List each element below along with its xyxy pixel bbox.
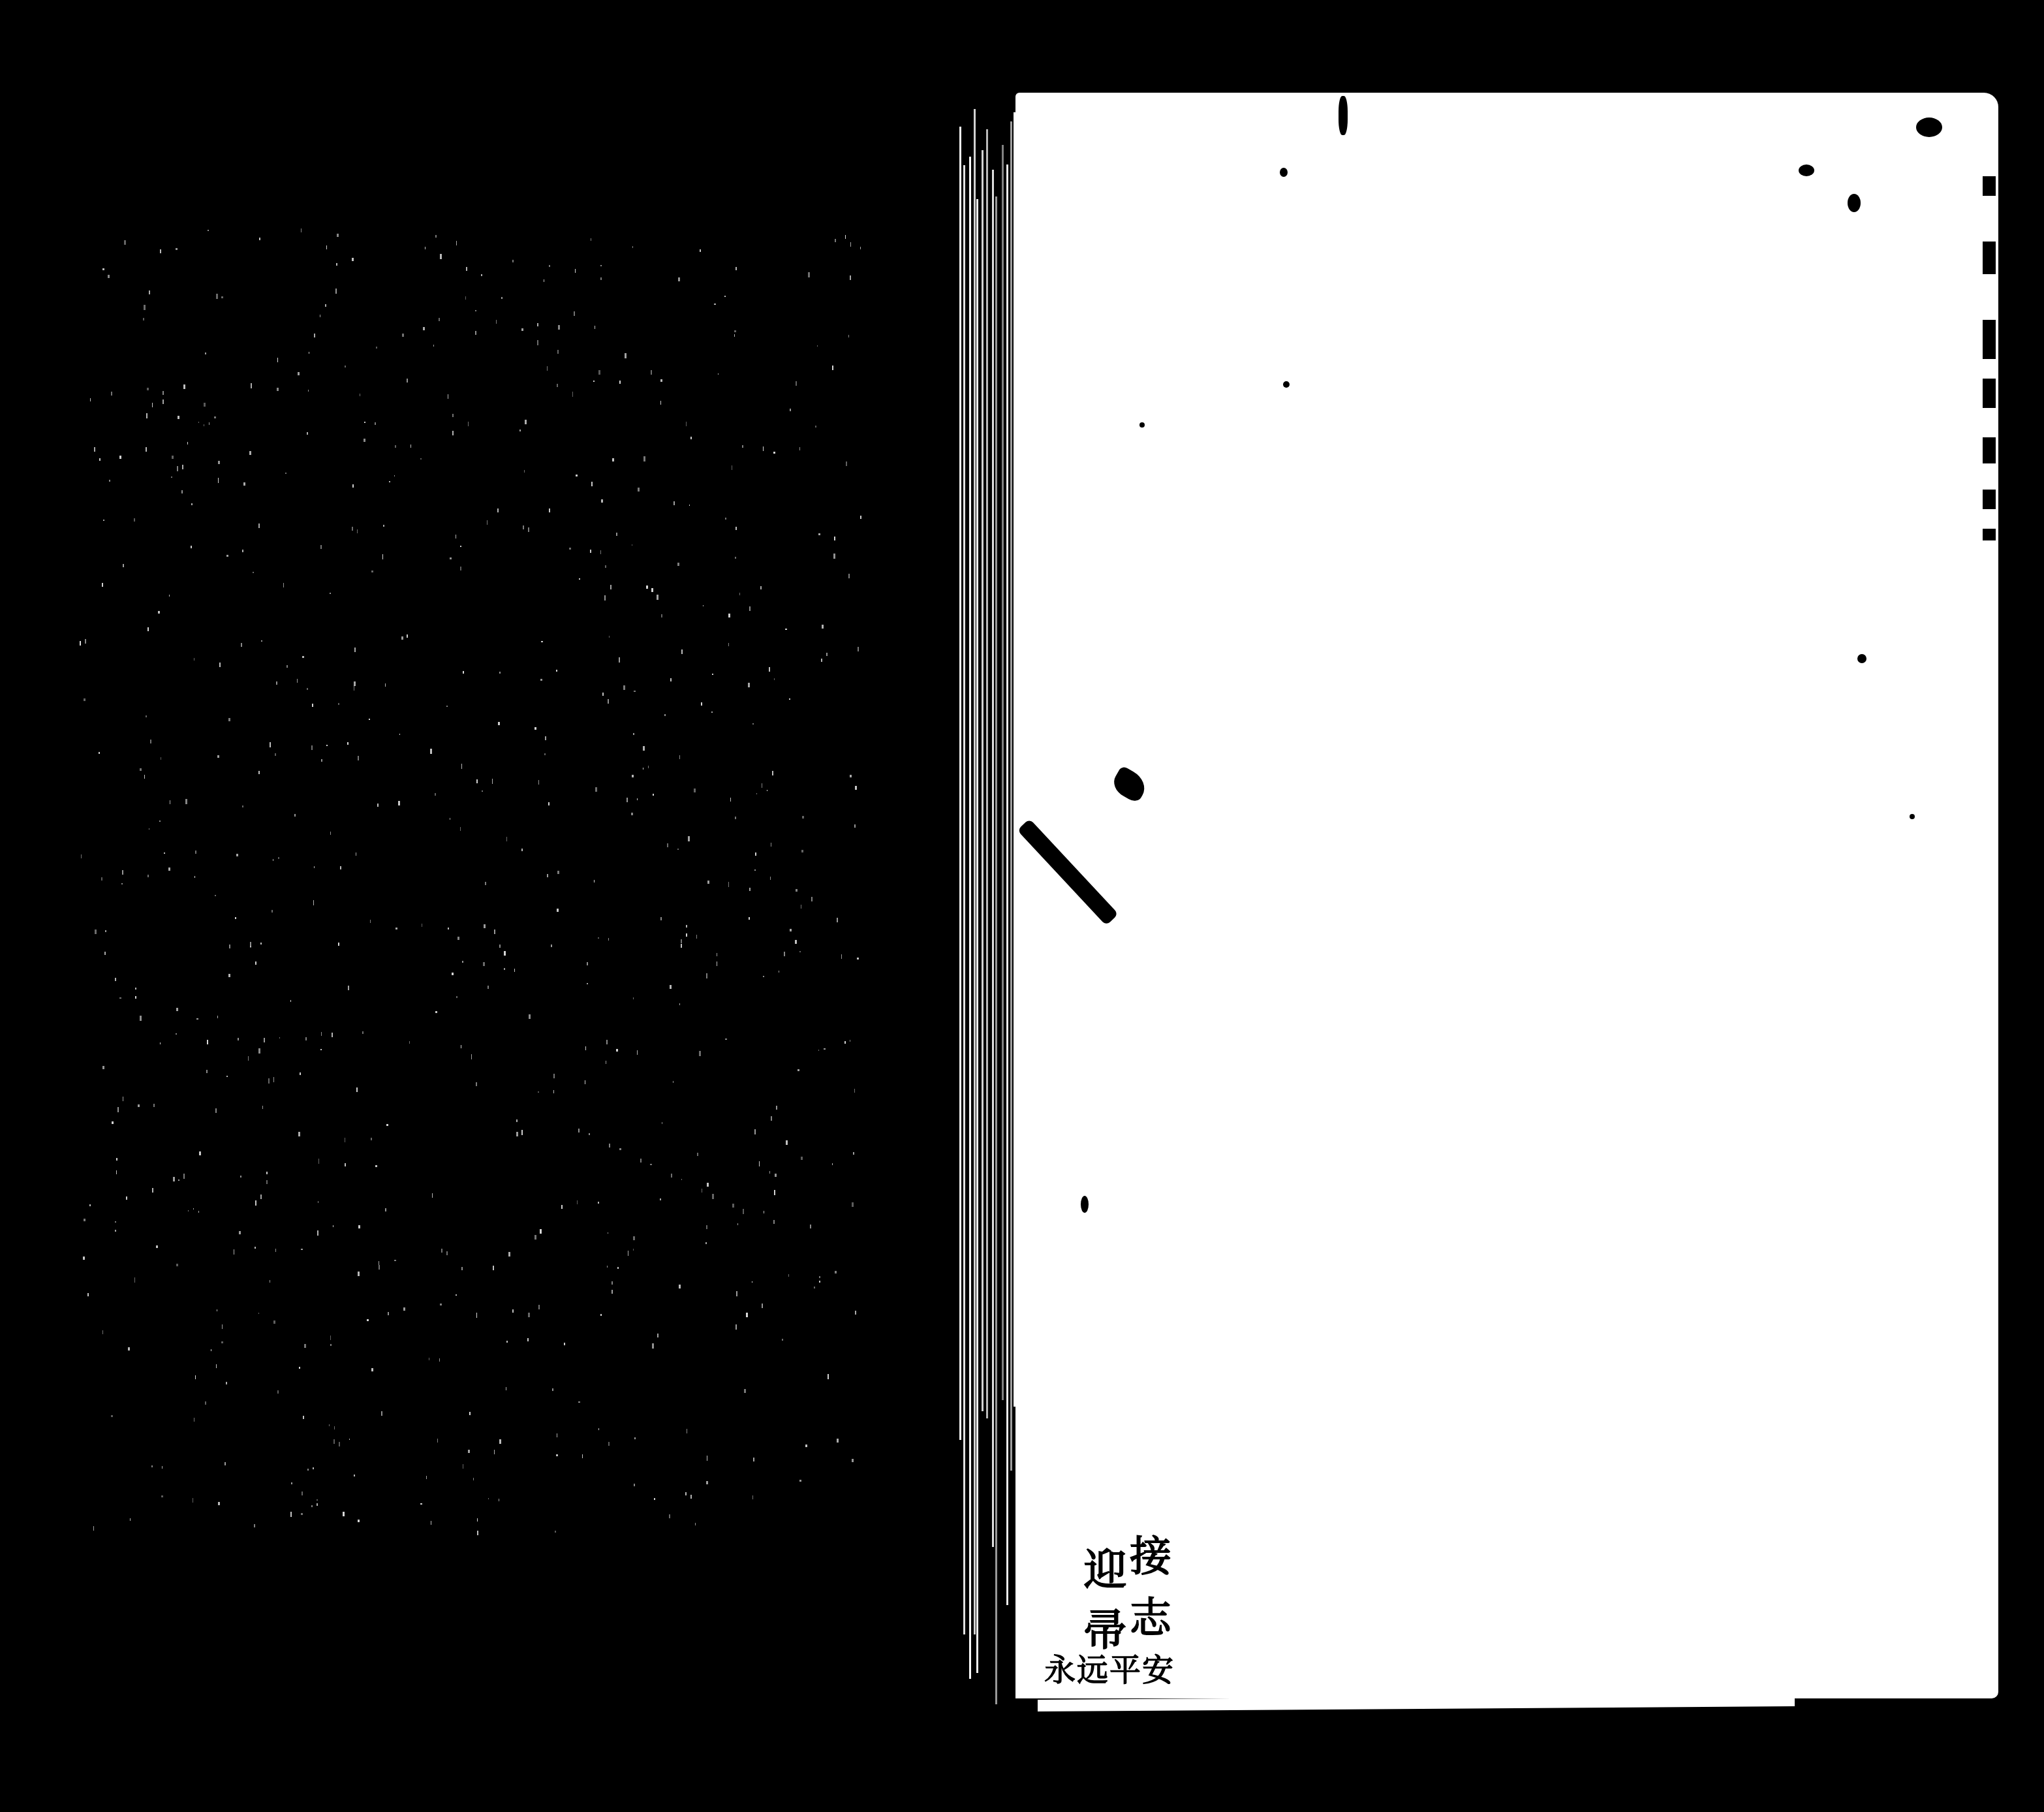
- ink-spot: [1081, 1196, 1089, 1213]
- right-edge-printed-title: [1979, 163, 1998, 587]
- back-cover-dark-region: [0, 0, 953, 1812]
- corner-stain: [1916, 117, 1942, 137]
- ink-spot: [1139, 422, 1145, 428]
- handwritten-note-bottom-row: 永远平安: [1044, 1645, 1175, 1690]
- front-cover-page: [1015, 93, 1998, 1698]
- ink-spot: [1283, 381, 1290, 388]
- ink-spot: [1280, 168, 1288, 177]
- scanned-book-image: 接志 迎帚 永远平安: [0, 0, 2044, 1812]
- stain: [1848, 194, 1861, 212]
- ink-spot: [1857, 654, 1866, 663]
- stain: [1799, 164, 1814, 176]
- ink-spot: [1910, 814, 1915, 819]
- handwritten-note-right-column: 接志: [1126, 1534, 1168, 1657]
- torn-patch: [1109, 765, 1150, 804]
- top-tear-mark: [1339, 96, 1348, 135]
